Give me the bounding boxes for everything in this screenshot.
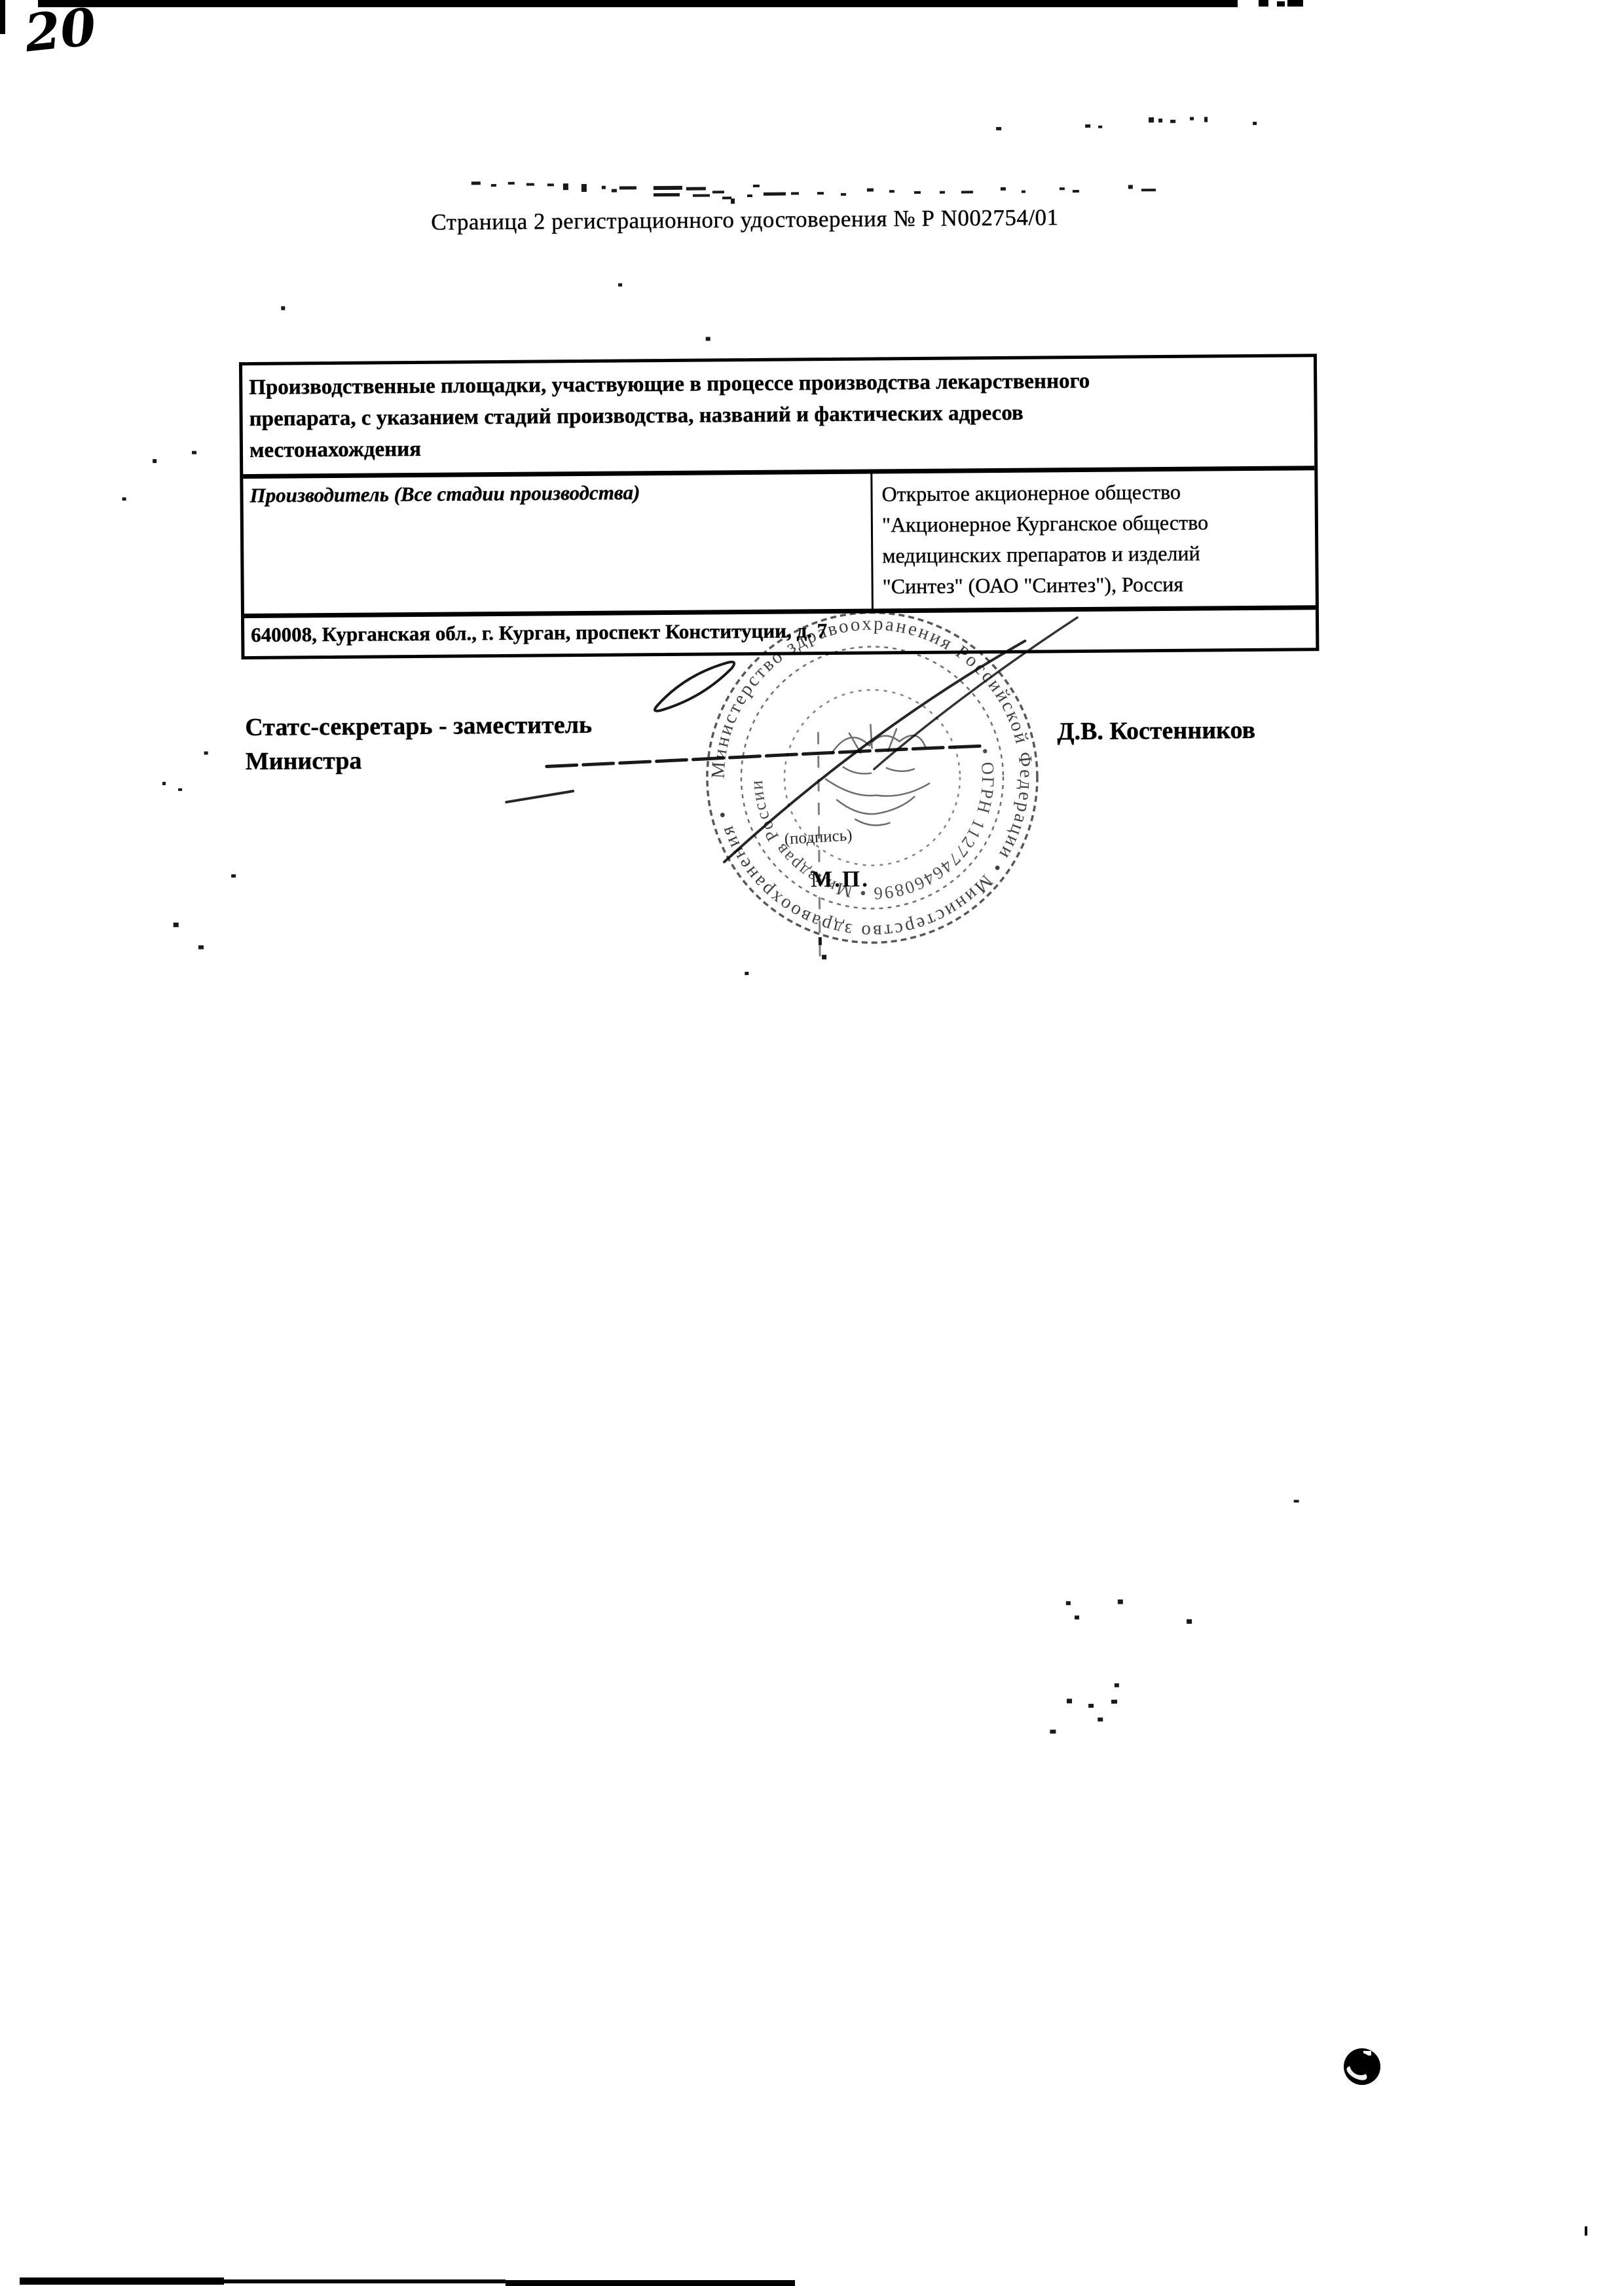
scan-noise-speck (547, 183, 554, 186)
scan-noise-speck (612, 189, 617, 193)
scan-noise-speck (619, 186, 637, 189)
scan-edge-bottom-bar (20, 2277, 224, 2285)
scan-noise-speck (1098, 126, 1102, 128)
scan-noise-speck (508, 182, 515, 185)
scan-noise-speck (914, 191, 921, 194)
scan-noise-speck (686, 187, 706, 191)
scan-noise-speck (764, 193, 786, 196)
scan-noise-speck (961, 191, 973, 193)
scan-noise-speck (822, 955, 826, 959)
scan-edge-bottom-tick (1585, 2226, 1587, 2236)
scan-noise-speck (1118, 1600, 1123, 1604)
scan-noise-speck (1170, 120, 1175, 123)
scan-noise-speck (1067, 1699, 1072, 1703)
scan-noise-speck (745, 972, 748, 975)
scan-noise-speck (1088, 1704, 1094, 1708)
scan-noise-speck (1128, 185, 1133, 189)
binding-hole-dot (1344, 2048, 1380, 2085)
scan-edge-bottom-bar (506, 2280, 795, 2286)
scan-noise-speck (174, 923, 179, 927)
scan-noise-speck (712, 191, 724, 193)
scan-noise-speck (654, 193, 680, 196)
scan-noise-speck (753, 185, 760, 187)
scan-noise-speck (1001, 187, 1006, 191)
scan-noise-speck (654, 186, 682, 190)
scan-noise-speck (1050, 1729, 1056, 1733)
scan-noise-speck (281, 306, 285, 310)
scan-noise-speck (731, 198, 735, 204)
producer-value-cell: Открытое акционерное общество "Акционерн… (870, 470, 1316, 608)
scan-noise-speck (706, 337, 710, 341)
scan-noise-speck (1073, 190, 1079, 193)
scan-noise-speck (1085, 124, 1090, 128)
scan-noise-speck (1149, 117, 1154, 122)
scan-noise-speck (198, 946, 204, 949)
scan-noise-speck (1190, 117, 1194, 120)
scan-noise-speck (1066, 1601, 1071, 1605)
scan-noise-speck (1115, 1684, 1119, 1687)
scan-noise-speck (841, 193, 846, 196)
scan-noise-speck (602, 186, 606, 189)
scan-noise-speck (747, 194, 752, 197)
scan-noise-speck (162, 782, 166, 785)
scan-noise-speck (491, 184, 496, 187)
signature-strokes (460, 602, 1118, 987)
scan-noise-speck (1141, 189, 1156, 191)
scan-noise-speck (817, 192, 824, 194)
scan-noise-speck (819, 937, 822, 945)
document-title: Страница 2 регистрационного удостоверени… (431, 203, 1217, 235)
scan-noise-speck (1204, 117, 1208, 122)
scan-noise-speck (471, 181, 481, 185)
scan-noise-speck (867, 188, 874, 191)
scan-noise-layer (0, 0, 1621, 2)
scan-noise-speck (940, 191, 945, 194)
scan-noise-speck (1187, 1619, 1192, 1624)
scan-noise-speck (192, 451, 196, 454)
scan-noise-speck (693, 194, 710, 196)
document-body: Страница 2 регистрационного удостоверени… (0, 0, 1624, 2286)
scan-noise-speck (231, 874, 236, 877)
scan-noise-speck (1098, 1718, 1103, 1722)
scan-noise-speck (178, 788, 182, 791)
scan-noise-speck (1075, 1615, 1079, 1619)
scan-noise-speck (581, 184, 587, 192)
scan-edge-bottom-bar (224, 2279, 506, 2283)
table-header-cell: Производственные площадки, участвующие в… (242, 357, 1314, 479)
scan-noise-speck (1294, 1500, 1299, 1502)
scan-noise-speck (996, 127, 1001, 130)
scan-noise-speck (618, 284, 622, 287)
binding-hole-core (1350, 2053, 1372, 2075)
scan-noise-speck (204, 752, 208, 755)
scan-noise-speck (791, 192, 799, 194)
scan-noise-speck (1060, 187, 1065, 190)
scan-noise-speck (153, 459, 157, 463)
stamp-place-label: М.П. (811, 866, 870, 893)
scan-noise-speck (722, 196, 731, 199)
scan-noise-speck (889, 190, 895, 193)
producer-row: Производитель (Все стадии производства) … (243, 470, 1316, 618)
scan-noise-speck (1253, 122, 1257, 125)
scan-noise-speck (122, 497, 126, 500)
scan-noise-speck (1158, 119, 1162, 122)
producer-label-cell: Производитель (Все стадии производства) (243, 474, 872, 614)
scan-noise-speck (526, 183, 534, 186)
scan-noise-speck (1022, 191, 1025, 193)
scan-noise-speck (563, 183, 568, 190)
scan-noise-speck (1111, 1700, 1117, 1704)
